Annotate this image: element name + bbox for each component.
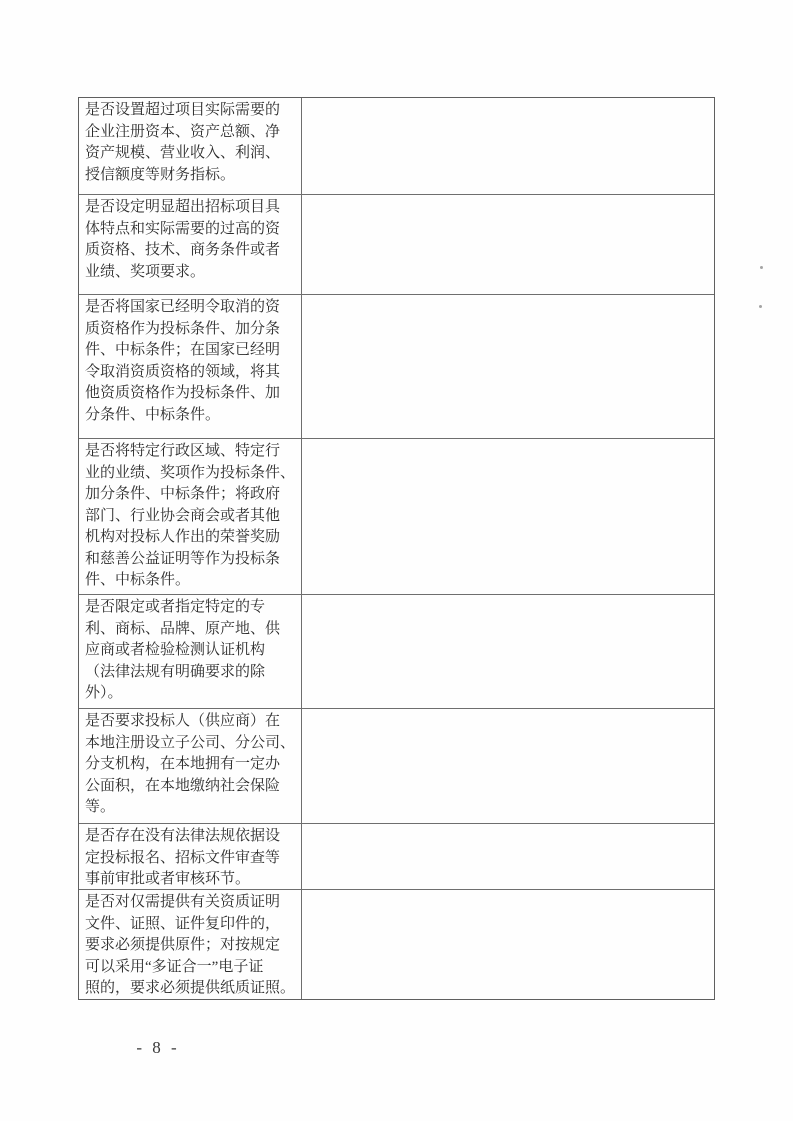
table-row: 是否要求投标人（供应商）在 本地注册设立子公司、分公司、 分支机构，在本地拥有一… [79, 708, 714, 823]
answer-cell [302, 295, 714, 438]
checklist-table: 是否设置超过项目实际需要的 企业注册资本、资产总额、净 资产规模、营业收入、利润… [78, 97, 715, 1000]
answer-cell [302, 98, 714, 194]
scan-speck [759, 305, 762, 308]
table-row: 是否设置超过项目实际需要的 企业注册资本、资产总额、净 资产规模、营业收入、利润… [79, 98, 714, 194]
scan-speck [760, 266, 763, 269]
question-cell: 是否要求投标人（供应商）在 本地注册设立子公司、分公司、 分支机构，在本地拥有一… [79, 709, 302, 823]
table-row: 是否将特定行政区域、特定行 业的业绩、奖项作为投标条件、 加分条件、中标条件；将… [79, 438, 714, 594]
answer-cell [302, 595, 714, 708]
table-row: 是否存在没有法律法规依据设 定投标报名、招标文件审查等 事前审批或者审核环节。 [79, 823, 714, 889]
question-cell: 是否限定或者指定特定的专 利、商标、品牌、原产地、供 应商或者检验检测认证机构 … [79, 595, 302, 708]
answer-cell [302, 824, 714, 889]
question-cell: 是否对仅需提供有关资质证明 文件、证照、证件复印件的， 要求必须提供原件；对按规… [79, 890, 302, 1000]
question-cell: 是否设置超过项目实际需要的 企业注册资本、资产总额、净 资产规模、营业收入、利润… [79, 98, 302, 194]
table-row: 是否将国家已经明令取消的资 质资格作为投标条件、加分条 件、中标条件；在国家已经… [79, 294, 714, 438]
table-row: 是否限定或者指定特定的专 利、商标、品牌、原产地、供 应商或者检验检测认证机构 … [79, 594, 714, 708]
question-cell: 是否设定明显超出招标项目具 体特点和实际需要的过高的资 质资格、技术、商务条件或… [79, 195, 302, 294]
answer-cell [302, 890, 714, 1000]
answer-cell [302, 439, 714, 594]
answer-cell [302, 709, 714, 823]
question-cell: 是否存在没有法律法规依据设 定投标报名、招标文件审查等 事前审批或者审核环节。 [79, 824, 302, 889]
answer-cell [302, 195, 714, 294]
table-row: 是否对仅需提供有关资质证明 文件、证照、证件复印件的， 要求必须提供原件；对按规… [79, 889, 714, 1000]
table-row: 是否设定明显超出招标项目具 体特点和实际需要的过高的资 质资格、技术、商务条件或… [79, 194, 714, 294]
question-cell: 是否将特定行政区域、特定行 业的业绩、奖项作为投标条件、 加分条件、中标条件；将… [79, 439, 302, 594]
document-page: 是否设置超过项目实际需要的 企业注册资本、资产总额、净 资产规模、营业收入、利润… [0, 0, 793, 1121]
page-number: - 8 - [128, 1038, 188, 1058]
question-cell: 是否将国家已经明令取消的资 质资格作为投标条件、加分条 件、中标条件；在国家已经… [79, 295, 302, 438]
